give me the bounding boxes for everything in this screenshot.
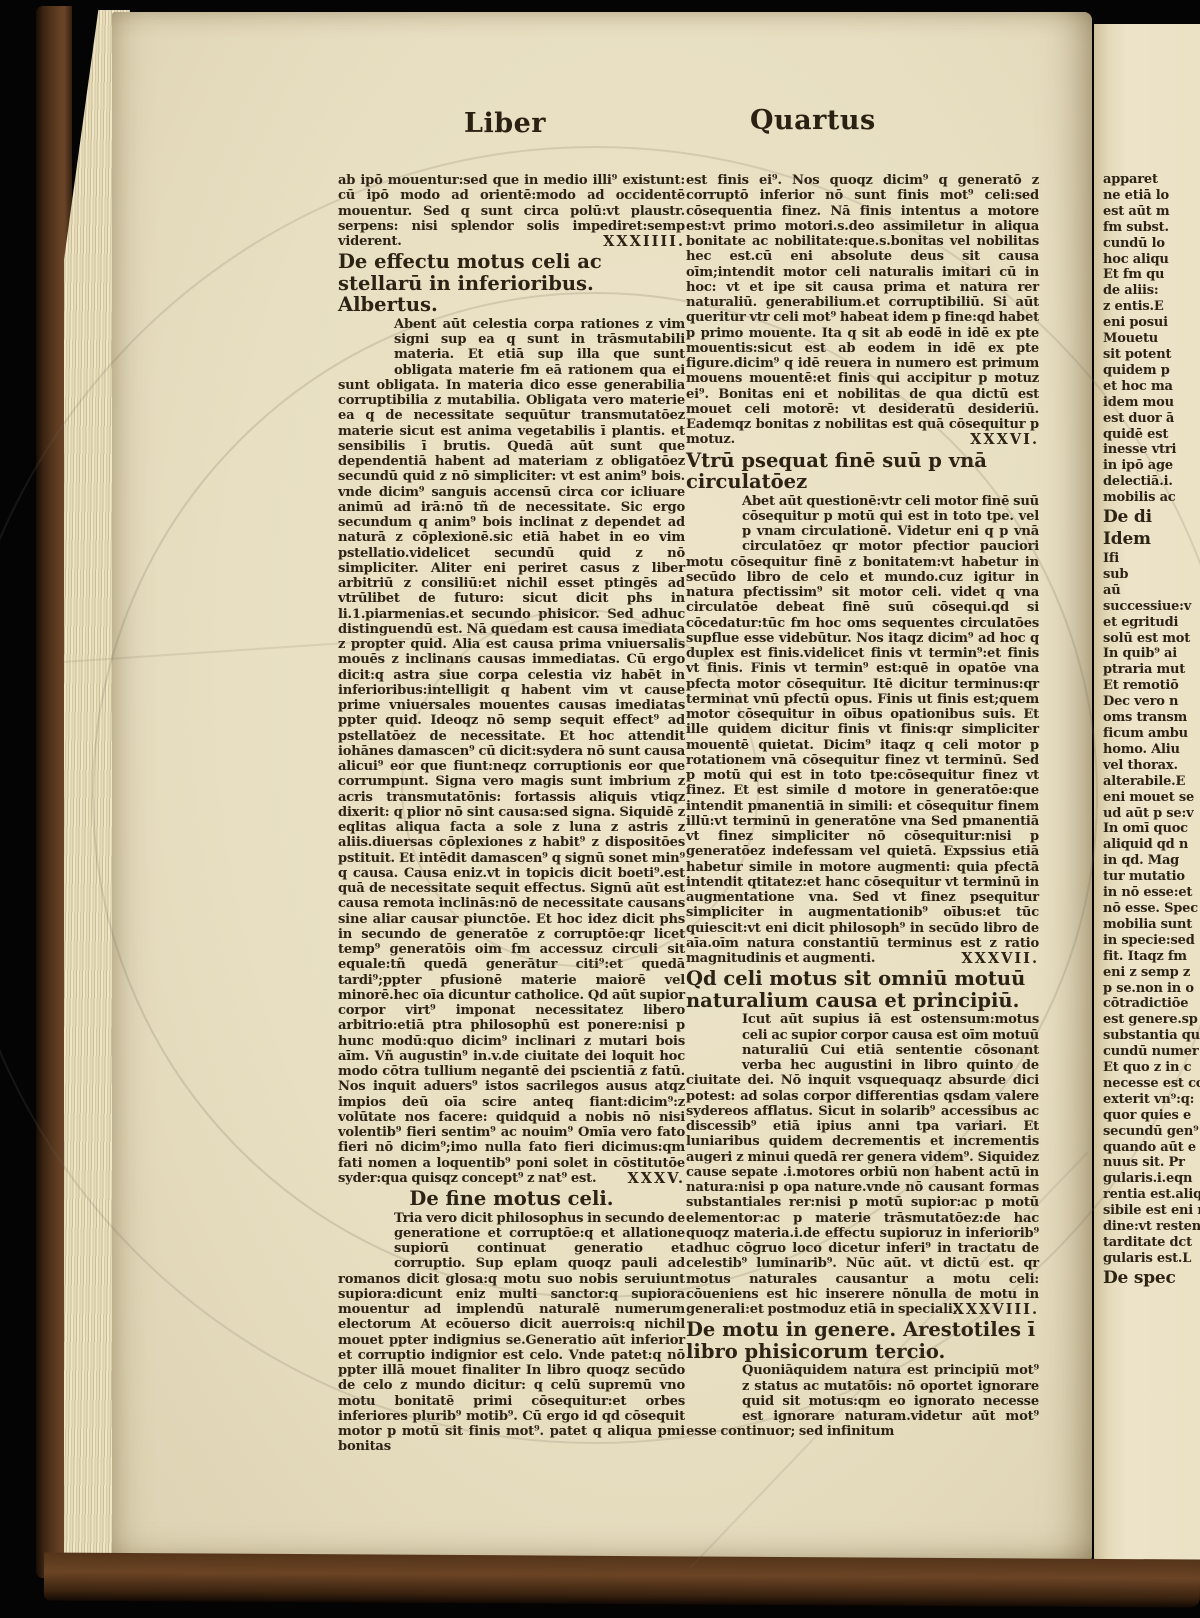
fragment-text-line: gularis est.L	[1103, 1251, 1200, 1267]
fragment-text-line: necesse est cor	[1103, 1076, 1200, 1092]
fragment-text-line: et egritudi	[1103, 615, 1200, 631]
right-text-column: est finis ei⁹. Nos quoqz dicim⁹ q genera…	[686, 173, 1039, 1440]
fragment-text-line: in nō esse:et	[1103, 885, 1200, 901]
fragment-text-line: secundū gen⁹	[1103, 1124, 1200, 1140]
fragment-text-line: homo. Aliu	[1103, 742, 1200, 758]
fragment-text-line: ne etiā lo	[1103, 188, 1200, 204]
facing-page-fragment: apparetne etiā loest aūt mfm subst.cundū…	[1103, 172, 1200, 1290]
fragment-text-line: idem mou	[1103, 395, 1200, 411]
fragment-text-line: vel thorax.	[1103, 758, 1200, 774]
fragment-text-line: sibile est eni r	[1103, 1203, 1200, 1219]
fragment-text-line: est genere.sp	[1103, 1012, 1200, 1028]
fragment-chapter-heading: De spec	[1103, 1269, 1200, 1289]
fragment-text-line: rentia est.aliq	[1103, 1187, 1200, 1203]
fragment-text-line: Et quo z in c	[1103, 1060, 1200, 1076]
fragment-text-line: mobilis ac	[1103, 490, 1200, 506]
fragment-text-line: mobilia sunt	[1103, 917, 1200, 933]
text-block-body-indent: Abet aūt questionē:vtr celi motor finē s…	[686, 494, 1039, 967]
facing-page: apparetne etiā loest aūt mfm subst.cundū…	[1094, 24, 1200, 1562]
text-block-heading: De effectu motus celi ac stellarū in inf…	[338, 251, 685, 316]
fragment-text-line: nō esse. Spec	[1103, 901, 1200, 917]
book-photograph: Liber Quartus ab ipō mouentur:sed que in…	[0, 0, 1200, 1618]
fragment-text-line: apparet	[1103, 172, 1200, 188]
fragment-text-line: sit potent	[1103, 347, 1200, 363]
fragment-text-line: aū	[1103, 583, 1200, 599]
fragment-chapter-heading: Idem	[1103, 530, 1200, 550]
running-header-quartus: Quartus	[750, 105, 876, 136]
text-block-body-indent: Tria vero dicit philosophus in secundo d…	[338, 1211, 685, 1455]
fragment-text-line: cundū numer	[1103, 1044, 1200, 1060]
fragment-text-line: inesse vtri	[1103, 442, 1200, 458]
fragment-text-line: et hoc ma	[1103, 379, 1200, 395]
fragment-text-line: eni posui	[1103, 315, 1200, 331]
fragment-text-line: Et fm qu	[1103, 267, 1200, 283]
fragment-text-line: substantia qu	[1103, 1028, 1200, 1044]
fragment-text-line: fm subst.	[1103, 220, 1200, 236]
fragment-text-line: in specie:sed	[1103, 933, 1200, 949]
fragment-chapter-heading: De di	[1103, 508, 1200, 528]
fragment-text-line: solū est mot	[1103, 631, 1200, 647]
fragment-text-line: Ifi	[1103, 551, 1200, 567]
fragment-text-line: In omī quoc	[1103, 821, 1200, 837]
fragment-text-line: delectiā.i.	[1103, 474, 1200, 490]
fragment-text-line: hoc aliqu	[1103, 252, 1200, 268]
fragment-text-line: eni z semp z	[1103, 965, 1200, 981]
fragment-text-line: quando aūt e	[1103, 1140, 1200, 1156]
text-block-heading-c: De fine motus celi.	[338, 1188, 685, 1210]
bottom-binding	[44, 1552, 1200, 1607]
text-block-body-indent: Abent aūt celestia corpa rationes z vim …	[338, 317, 685, 1186]
fragment-text-line: est duor ā	[1103, 411, 1200, 427]
text-block-body-indent: Quoniāquidem natura est principiū mot⁹ z…	[686, 1363, 1039, 1439]
text-block-body-indent: Icut aūt supius iā est ostensum:motus ce…	[686, 1012, 1039, 1317]
fragment-text-line: de aliis:	[1103, 283, 1200, 299]
fragment-text-line: quidē est	[1103, 427, 1200, 443]
fragment-text-line: in qd. Mag	[1103, 853, 1200, 869]
running-header-liber: Liber	[464, 108, 546, 139]
fragment-text-line: fit. Itaqz fm	[1103, 949, 1200, 965]
fragment-text-line: Et remotiō	[1103, 678, 1200, 694]
fragment-text-line: oms transm	[1103, 710, 1200, 726]
text-block-body: est finis ei⁹. Nos quoqz dicim⁹ q genera…	[686, 173, 1039, 448]
fragment-text-line: Dec vero n	[1103, 694, 1200, 710]
fragment-text-line: quor quies e	[1103, 1108, 1200, 1124]
fragment-text-line: Mouetu	[1103, 331, 1200, 347]
fragment-text-line: est aūt m	[1103, 204, 1200, 220]
fragment-text-line: in ipō age	[1103, 458, 1200, 474]
fragment-text-line: ud aūt p se:v	[1103, 806, 1200, 822]
fragment-text-line: cōtradictiōe	[1103, 996, 1200, 1012]
fragment-text-line: gularis.i.eqn	[1103, 1171, 1200, 1187]
fragment-text-line: aliquid qd n	[1103, 837, 1200, 853]
fragment-text-line: ptraria mut	[1103, 662, 1200, 678]
text-block-heading: Vtrū psequat finē suū p vnā circulatōez	[686, 450, 1039, 493]
left-text-column: ab ipō mouentur:sed que in medio illi⁹ e…	[338, 173, 685, 1455]
fragment-text-line: nuus sit. Pr	[1103, 1155, 1200, 1171]
fragment-text-line: ficum ambu	[1103, 726, 1200, 742]
fragment-text-line: successiue:v	[1103, 599, 1200, 615]
fragment-text-line: tarditate dct	[1103, 1235, 1200, 1251]
fragment-text-line: tur mutatio	[1103, 869, 1200, 885]
fragment-text-line: quidem p	[1103, 363, 1200, 379]
fragment-text-line: sub	[1103, 567, 1200, 583]
text-block-heading: Qd celi motus sit omniū motuū naturalium…	[686, 968, 1039, 1011]
fragment-text-line: z entis.E	[1103, 299, 1200, 315]
main-page: Liber Quartus ab ipō mouentur:sed que in…	[112, 12, 1092, 1562]
fragment-text-line: alterabile.E	[1103, 774, 1200, 790]
text-block-heading: De motu in genere. Arestotiles ī libro p…	[686, 1319, 1039, 1362]
text-block-number: XXXVI.	[686, 432, 1039, 447]
fragment-text-line: eni mouet se	[1103, 790, 1200, 806]
fragment-text-line: exterit vn⁹:q:	[1103, 1092, 1200, 1108]
fragment-text-line: In quib⁹ ai	[1103, 646, 1200, 662]
fragment-text-line: cundū lo	[1103, 236, 1200, 252]
fragment-text-line: p se.non in o	[1103, 981, 1200, 997]
fragment-text-line: dine:vt resten	[1103, 1219, 1200, 1235]
